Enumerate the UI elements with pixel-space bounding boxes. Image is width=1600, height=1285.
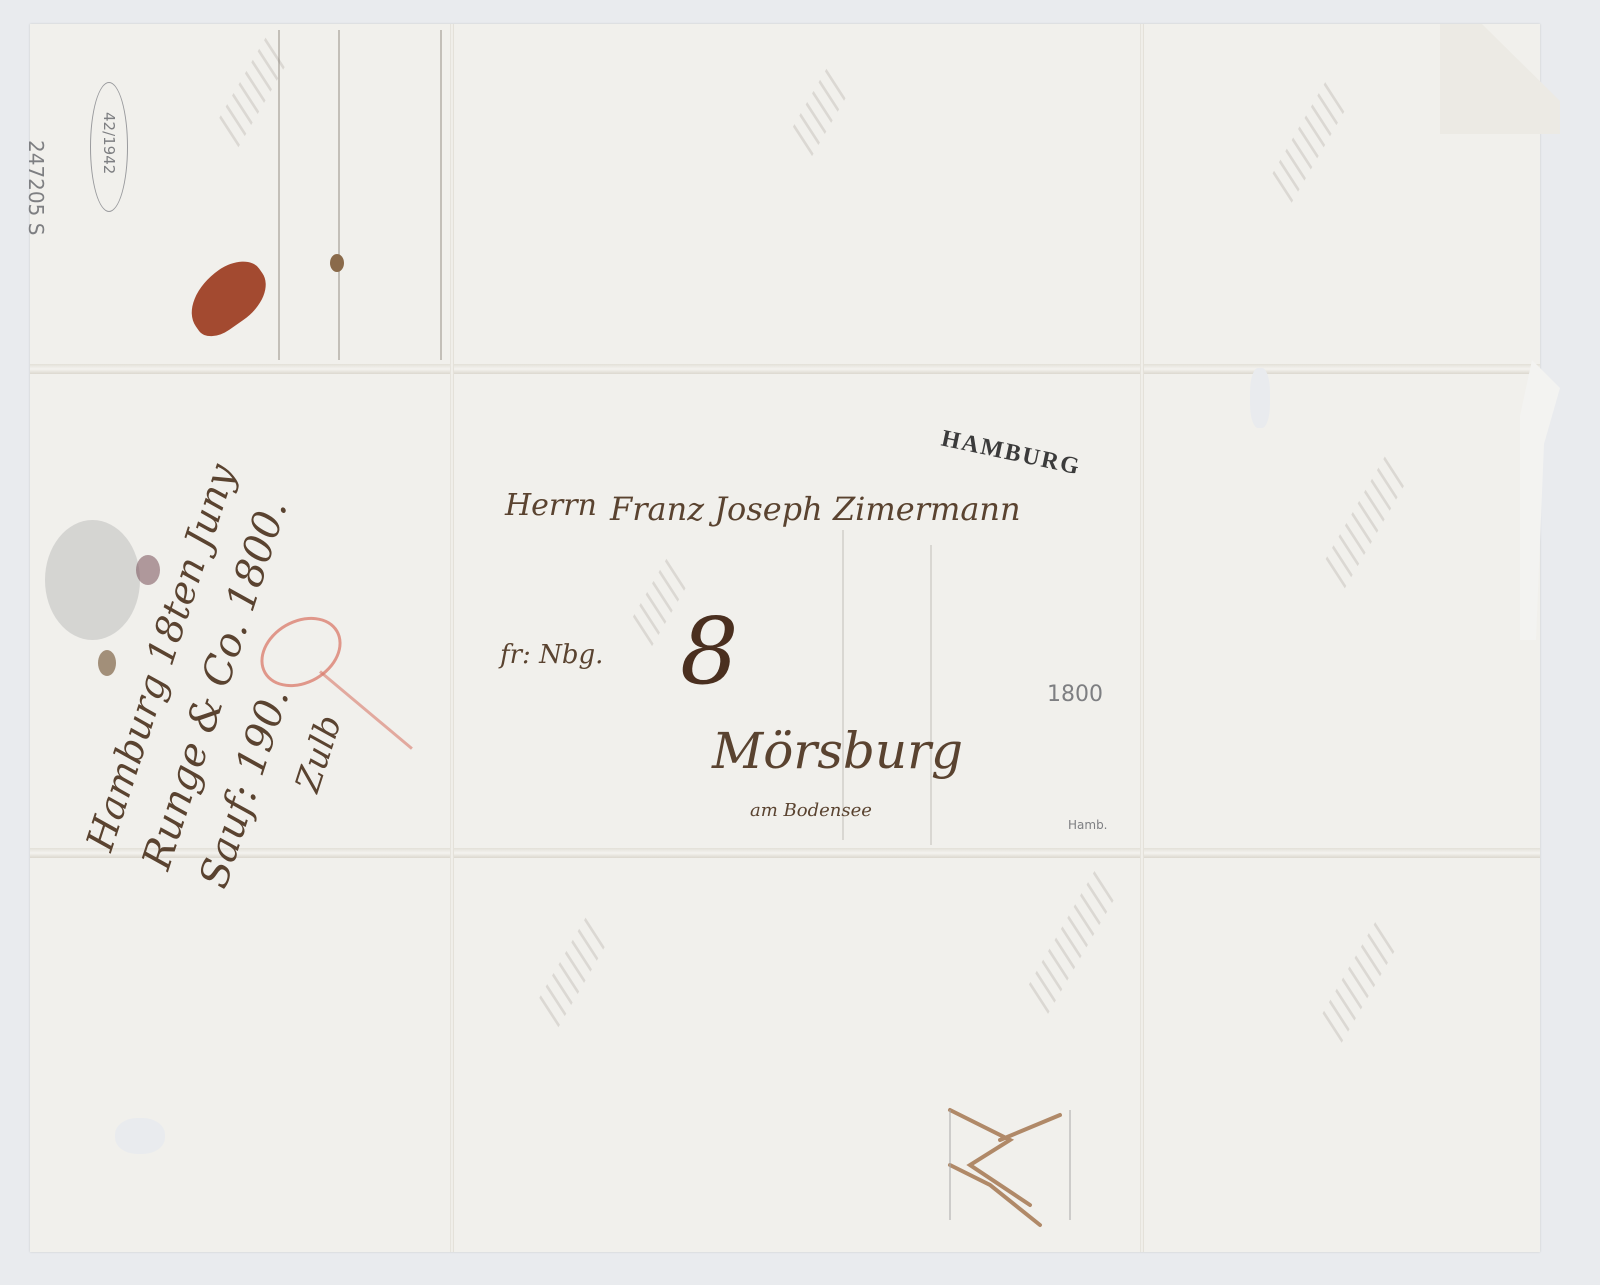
pencil-year: 1800 [1047,682,1103,707]
bleed-rule [930,545,932,845]
pencil-origin: Hamb. [1068,818,1108,832]
bleed-rule [440,30,442,360]
rate-marking: 8 [680,598,739,705]
paper-tear [1250,368,1270,428]
bleed-rule [278,30,280,360]
ink-blot [98,650,116,676]
horizontal-fold-upper [30,364,1540,374]
route-note: fr: Nbg. [500,640,603,670]
destination-sub: am Bodensee [750,800,872,821]
vertical-fold-left [450,24,454,1252]
addressee-name: Franz Joseph Zimermann [610,490,1021,528]
vertical-fold-right [1140,24,1144,1252]
bleed-rule [338,30,340,360]
bleed-rule [842,530,844,840]
archive-oval-text: 42/1942 [100,112,118,174]
ink-spot [330,254,344,272]
destination: Mörsburg [712,722,963,780]
salutation: Herrn [505,488,597,523]
archive-number: 247205 S [24,140,48,235]
torn-flap [1520,360,1560,640]
paper-hole [115,1118,165,1154]
seal-residue [45,520,140,640]
cross-mark [940,1100,1090,1230]
